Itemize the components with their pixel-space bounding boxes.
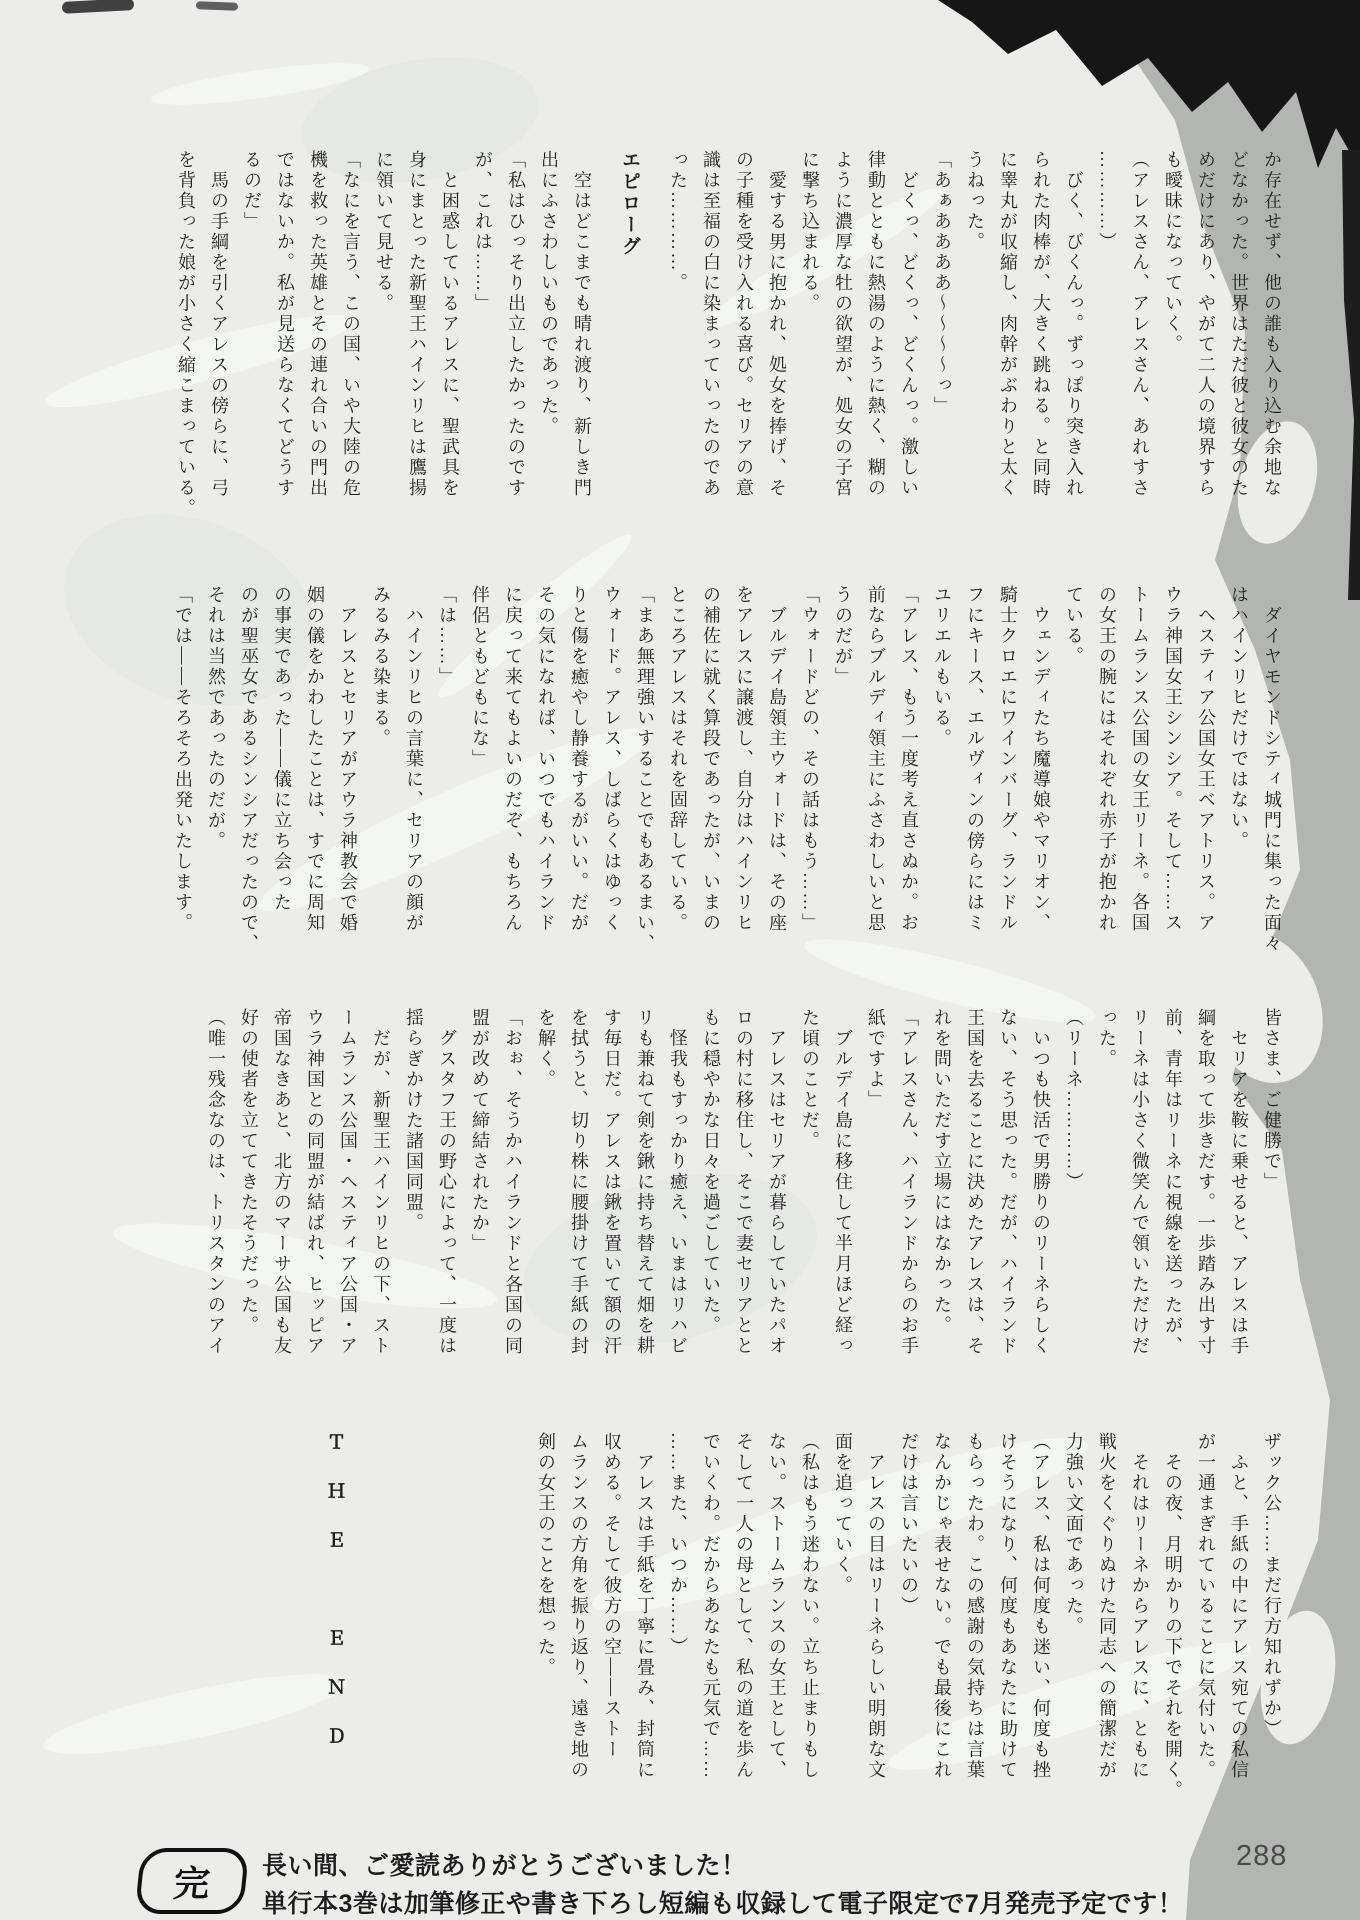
text-band-3: 皆さま、ご健勝で」 セリアを鞍に乗せると、アレスは手 綱を取って歩きだす。一歩踏… <box>199 1008 1288 1396</box>
paper-vein <box>38 1658 351 1769</box>
kan-seal-label: 完 <box>171 1856 212 1907</box>
footer-thanks-line: 長い間、ご愛読ありがとうございました！ <box>262 1846 747 1882</box>
band-4-text: ザック公……まだ行方知れずか） ふと、手紙の中にアレス宛ての私信 が一通まぎれて… <box>529 1432 1288 1820</box>
novel-page: か存在せず、他の誰も入り込む余地な どなかった。世界はただ彼と彼女のた めだけに… <box>0 0 1360 1920</box>
band-1-text-before-heading: か存在せず、他の誰も入り込む余地な どなかった。世界はただ彼と彼女のた めだけに… <box>661 150 1288 538</box>
edge-smudge <box>62 0 135 14</box>
kan-seal-badge: 完 <box>135 1848 250 1914</box>
edge-smudge <box>196 1 238 10</box>
epilogue-heading: エピローグ <box>613 150 646 538</box>
band-2-text: ダイヤモンドシティ城門に集った面々 はハインリヒだけではない。 ヘスティア公国女… <box>166 585 1288 973</box>
text-band-2: ダイヤモンドシティ城門に集った面々 はハインリヒだけではない。 ヘスティア公国女… <box>166 585 1288 973</box>
band-3-text: 皆さま、ご健勝で」 セリアを鞍に乗せると、アレスは手 綱を取って歩きだす。一歩踏… <box>199 1008 1288 1396</box>
the-end-label: ＴＨＥ ＥＮＤ <box>318 1432 351 1820</box>
paper-vein <box>149 55 371 113</box>
footer-announcement-line: 単行本3巻は加筆修正や書き下ろし短編も収録して電子限定で7月発売予定です！ <box>262 1884 1183 1920</box>
band-1-text-after-heading: 空はどこまでも晴れ渡り、新しき門 出にふさわしいものであった。 「私はひっそり出… <box>169 150 598 538</box>
page-number: 288 <box>1236 1840 1287 1873</box>
text-band-1: か存在せず、他の誰も入り込む余地な どなかった。世界はただ彼と彼女のた めだけに… <box>169 150 1288 538</box>
text-band-4: ザック公……まだ行方知れずか） ふと、手紙の中にアレス宛ての私信 が一通まぎれて… <box>318 1432 1288 1820</box>
